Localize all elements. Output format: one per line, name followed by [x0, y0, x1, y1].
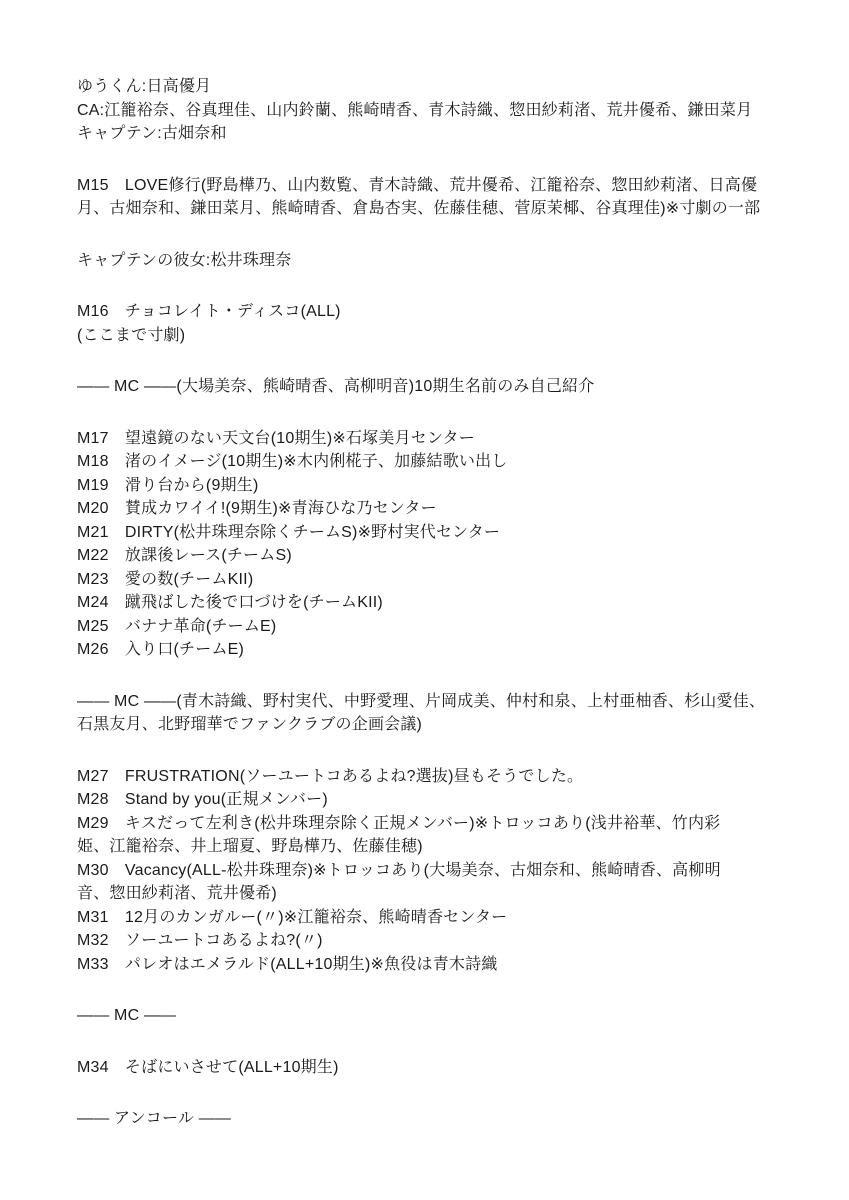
setlist-line: —— MC ——(青木詩織、野村実代、中野愛理、片岡成美、仲村和泉、上村亜柚香、… — [77, 690, 809, 714]
setlist-line: M31 12月のカンガルー(〃)※江籠裕奈、熊崎晴香センター — [77, 906, 809, 930]
setlist-line: M18 渚のイメージ(10期生)※木内俐椛子、加藤結歌い出し — [77, 450, 809, 474]
blank-line — [77, 347, 809, 375]
blank-line — [77, 737, 809, 765]
setlist-line: M17 望遠鏡のない天文台(10期生)※石塚美月センター — [77, 427, 809, 451]
setlist-line: M34 そばにいさせて(ALL+10期生) — [77, 1056, 809, 1080]
blank-line — [77, 976, 809, 1004]
setlist-text-body: ゆうくん:日高優月CA:江籠裕奈、谷真理佳、山内鈴蘭、熊崎晴香、青木詩織、惣田紗… — [77, 75, 809, 1131]
blank-line — [77, 146, 809, 174]
setlist-line: M25 バナナ革命(チームE) — [77, 615, 809, 639]
setlist-line: CA:江籠裕奈、谷真理佳、山内鈴蘭、熊崎晴香、青木詩織、惣田紗莉渚、荒井優希、鎌… — [77, 99, 809, 123]
setlist-line: M23 愛の数(チームKII) — [77, 568, 809, 592]
setlist-line: M32 ソーユートコあるよね?(〃) — [77, 929, 809, 953]
setlist-line: —— アンコール —— — [77, 1107, 809, 1131]
setlist-line: M24 蹴飛ばした後で口づけを(チームKII) — [77, 591, 809, 615]
setlist-line: ゆうくん:日高優月 — [77, 75, 809, 99]
setlist-line: M20 賛成カワイイ!(9期生)※青海ひな乃センター — [77, 497, 809, 521]
blank-line — [77, 1079, 809, 1107]
setlist-line: M30 Vacancy(ALL-松井珠理奈)※トロッコあり(大場美奈、古畑奈和、… — [77, 859, 809, 883]
setlist-line: M22 放課後レース(チームS) — [77, 544, 809, 568]
setlist-line: 月、古畑奈和、鎌田菜月、熊崎晴香、倉島杏実、佐藤佳穂、菅原茉椰、谷真理佳)※寸劇… — [77, 197, 809, 221]
setlist-line: キャプテンの彼女:松井珠理奈 — [77, 249, 809, 273]
blank-line — [77, 221, 809, 249]
document-page: ゆうくん:日高優月CA:江籠裕奈、谷真理佳、山内鈴蘭、熊崎晴香、青木詩織、惣田紗… — [0, 0, 849, 1200]
setlist-line: 石黒友月、北野瑠華でファンクラブの企画会議) — [77, 713, 809, 737]
setlist-line: M33 パレオはエメラルド(ALL+10期生)※魚役は青木詩織 — [77, 953, 809, 977]
setlist-line: 姫、江籠裕奈、井上瑠夏、野島樺乃、佐藤佳穂) — [77, 835, 809, 859]
blank-line — [77, 272, 809, 300]
setlist-line: M21 DIRTY(松井珠理奈除くチームS)※野村実代センター — [77, 521, 809, 545]
blank-line — [77, 399, 809, 427]
setlist-line: M29 キスだって左利き(松井珠理奈除く正規メンバー)※トロッコあり(浅井裕華、… — [77, 812, 809, 836]
setlist-line: —— MC ——(大場美奈、熊崎晴香、高柳明音)10期生名前のみ自己紹介 — [77, 375, 809, 399]
setlist-line: M27 FRUSTRATION(ソーユートコあるよね?選抜)昼もそうでした。 — [77, 765, 809, 789]
setlist-line: M16 チョコレイト・ディスコ(ALL) — [77, 300, 809, 324]
setlist-line: 音、惣田紗莉渚、荒井優希) — [77, 882, 809, 906]
blank-line — [77, 662, 809, 690]
setlist-line: M28 Stand by you(正規メンバー) — [77, 788, 809, 812]
setlist-line: (ここまで寸劇) — [77, 324, 809, 348]
setlist-line: キャプテン:古畑奈和 — [77, 122, 809, 146]
setlist-line: —— MC —— — [77, 1004, 809, 1028]
setlist-line: M15 LOVE修行(野島樺乃、山内数覧、青木詩織、荒井優希、江籠裕奈、惣田紗莉… — [77, 174, 809, 198]
setlist-line: M26 入り口(チームE) — [77, 638, 809, 662]
blank-line — [77, 1028, 809, 1056]
setlist-line: M19 滑り台から(9期生) — [77, 474, 809, 498]
